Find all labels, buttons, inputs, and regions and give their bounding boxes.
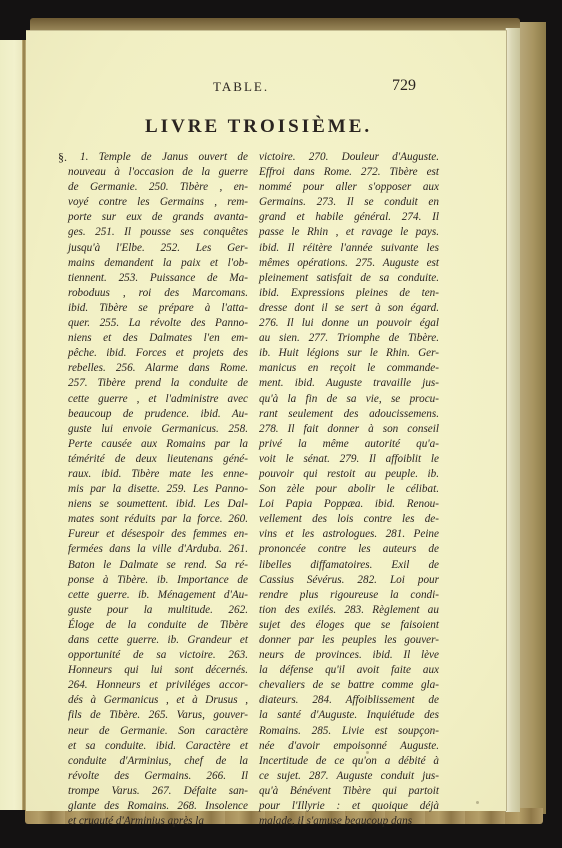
text-line: dés à Germanicus , et à Drusus , bbox=[68, 693, 248, 708]
running-title: TABLE. bbox=[213, 79, 269, 95]
text-line: neurs de provinces. ibid. Il lève bbox=[259, 648, 439, 663]
text-line: chevaliers de se battre comme gla- bbox=[259, 678, 439, 693]
text-line: guste lui envoie Germanicus. 258. bbox=[68, 422, 248, 437]
text-line: Loi Papia Poppæa. ibid. Renou- bbox=[259, 497, 439, 512]
text-line: privé la même autorité qu'a- bbox=[259, 437, 439, 452]
text-line: rant seulement des adoucissemens. bbox=[259, 407, 439, 422]
text-line: mates sont réduits par la force. 260. bbox=[68, 512, 248, 527]
text-line: ibid. Tibère se prépare à l'atta- bbox=[68, 301, 248, 316]
right-column: victoire. 270. Douleur d'Auguste.Effroi … bbox=[259, 150, 439, 829]
text-line: Baton le Dalmate se rend. Sa ré- bbox=[68, 558, 248, 573]
text-line: cette guerre. ib. Ménagement d'Au- bbox=[68, 588, 248, 603]
text-line: Honneurs qui lui sont décernés. bbox=[68, 663, 248, 678]
text-line: ce sujet. 287. Auguste conduit jus- bbox=[259, 769, 439, 784]
section-mark: §. bbox=[58, 150, 67, 165]
facing-page-sliver bbox=[0, 40, 24, 810]
text-line: porte sur eux de grands avanta- bbox=[68, 210, 248, 225]
text-line: neur de Germanie. Son caractère bbox=[68, 724, 248, 739]
text-line: Germains. 273. Il se conduit en bbox=[259, 195, 439, 210]
text-line: malade, il s'amuse beaucoup dans bbox=[259, 814, 439, 829]
text-line: pleinement satisfait de sa conduite. bbox=[259, 271, 439, 286]
page-stack-edge bbox=[505, 28, 520, 812]
paper-spot bbox=[476, 801, 479, 804]
text-line: tiennent. 253. Puissance de Ma- bbox=[68, 271, 248, 286]
text-line: mains demandent la paix et l'ob- bbox=[68, 256, 248, 271]
text-line: quer. 255. La révolte des Panno- bbox=[68, 316, 248, 331]
text-line: la santé d'Auguste. Inquiétude des bbox=[259, 708, 439, 723]
text-line: grand et habile général. 274. Il bbox=[259, 210, 439, 225]
text-line: au sien. 277. Triomphe de Tibère. bbox=[259, 331, 439, 346]
text-line: révolte des Germains. 266. Il bbox=[68, 769, 248, 784]
text-line: tion des exilés. 283. Règlement au bbox=[259, 603, 439, 618]
text-line: qu'à la fin de sa vie, se procu- bbox=[259, 392, 439, 407]
text-line: victoire. 270. Douleur d'Auguste. bbox=[259, 150, 439, 165]
text-line: jusqu'à l'Elbe. 252. Les Ger- bbox=[68, 241, 248, 256]
text-line: ibid. Expressions pleines de ten- bbox=[259, 286, 439, 301]
text-line: beaucoup de prudence. ibid. Au- bbox=[68, 407, 248, 422]
text-line: nommé pour aller s'opposer aux bbox=[259, 180, 439, 195]
text-line: qu'à Bénévent Tibère qui partoit bbox=[259, 784, 439, 799]
text-line: passe le Rhin , et ravage le pays. bbox=[259, 225, 439, 240]
text-line: mêmes opérations. 275. Auguste est bbox=[259, 256, 439, 271]
text-line: rebelles. 256. Alarme dans Rome. bbox=[68, 361, 248, 376]
text-line: ib. Huit légions sur le Rhin. Ger- bbox=[259, 346, 439, 361]
text-line: glante des Romains. 268. Insolence bbox=[68, 799, 248, 814]
text-line: prononcée contre les auteurs de bbox=[259, 542, 439, 557]
text-line: dresse dont il se sert à son égard. bbox=[259, 301, 439, 316]
text-line: roboduus , roi des Marcomans. bbox=[68, 286, 248, 301]
text-line: niens se soumettent. ibid. Les Dal- bbox=[68, 497, 248, 512]
text-line: fermées dans la ville d'Arduba. 261. bbox=[68, 542, 248, 557]
text-line: conduite d'Arminius, chef de la bbox=[68, 754, 248, 769]
text-line: niens et des Dalmates l'en em- bbox=[68, 331, 248, 346]
running-head: TABLE. 729 bbox=[0, 79, 562, 99]
text-line: sujet des éloges que se faisoient bbox=[259, 618, 439, 633]
text-line: diateurs. 284. Affoiblissement de bbox=[259, 693, 439, 708]
text-line: de Germanie. 250. Tibère , en- bbox=[68, 180, 248, 195]
text-line: ibid. Il réitère l'année suivante les bbox=[259, 241, 439, 256]
text-line: rendre plus rigoureuse la condi- bbox=[259, 588, 439, 603]
text-line: 1. Temple de Janus ouvert de bbox=[68, 150, 248, 165]
text-line: 278. Il fait donner à son conseil bbox=[259, 422, 439, 437]
text-line: Perte causée aux Romains par la bbox=[68, 437, 248, 452]
text-line: voit le sénat. 279. Il affoiblit le bbox=[259, 452, 439, 467]
text-line: ges. 251. Il pousse ses conquêtes bbox=[68, 225, 248, 240]
text-line: témérité de deux lieutenans géné- bbox=[68, 452, 248, 467]
text-line: Effroi dans Rome. 272. Tibère est bbox=[259, 165, 439, 180]
text-line: pouvoir qui restoit au peuple. ib. bbox=[259, 467, 439, 482]
text-line: 276. Il lui donne un pouvoir égal bbox=[259, 316, 439, 331]
left-column: 1. Temple de Janus ouvert denouveau à l'… bbox=[68, 150, 248, 829]
text-line: vins et les astrologues. 281. Peine bbox=[259, 527, 439, 542]
text-line: 257. Tibère prend la conduite de bbox=[68, 376, 248, 391]
text-line: manicus en reçoit le commande- bbox=[259, 361, 439, 376]
text-line: donner par les peuples les gouver- bbox=[259, 633, 439, 648]
text-line: fils de Tibère. 265. Varus, gouver- bbox=[68, 708, 248, 723]
page-number: 729 bbox=[392, 77, 416, 95]
text-line: cette guerre , et l'administre avec bbox=[68, 392, 248, 407]
text-line: et cruauté d'Arminius après la bbox=[68, 814, 248, 829]
text-line: pêche. ibid. Forces et projets des bbox=[68, 346, 248, 361]
text-line: libelles diffamatoires. Exil de bbox=[259, 558, 439, 573]
text-line: dans cette guerre. ib. Grandeur et bbox=[68, 633, 248, 648]
text-line: vellement des lois contre les de- bbox=[259, 512, 439, 527]
text-line: née d'avoir empoisonné Auguste. bbox=[259, 739, 439, 754]
text-line: Éloge de la conduite de Tibère bbox=[68, 618, 248, 633]
text-line: Romains. 285. Livie est soupçon- bbox=[259, 724, 439, 739]
book-cover-right-edge bbox=[520, 22, 546, 814]
text-line: Cassius Sévérus. 282. Loi pour bbox=[259, 573, 439, 588]
text-line: nouveau à l'occasion de la guerre bbox=[68, 165, 248, 180]
text-line: Fureur et désespoir des femmes en- bbox=[68, 527, 248, 542]
text-line: trompe Varus. 267. Défaite san- bbox=[68, 784, 248, 799]
text-line: opportunité de sa victoire. 263. bbox=[68, 648, 248, 663]
text-line: pour l'Illyrie : et quoique déjà bbox=[259, 799, 439, 814]
book-title: LIVRE TROISIÈME. bbox=[145, 116, 372, 138]
text-line: et sa conduite. ibid. Caractère et bbox=[68, 739, 248, 754]
text-line: Son zèle pour abolir le célibat. bbox=[259, 482, 439, 497]
text-line: mis par la disette. 259. Les Panno- bbox=[68, 482, 248, 497]
text-line: ponse à Tibère. ib. Importance de bbox=[68, 573, 248, 588]
text-line: voyé contre les Germains , rem- bbox=[68, 195, 248, 210]
text-line: la défense qu'il avoit faite aux bbox=[259, 663, 439, 678]
text-line: guste pour la multitude. 262. bbox=[68, 603, 248, 618]
text-line: 264. Honneurs et priviléges accor- bbox=[68, 678, 248, 693]
text-line: raux. ibid. Tibère mate les enne- bbox=[68, 467, 248, 482]
text-line: Incertitude de ce qu'on a débité à bbox=[259, 754, 439, 769]
text-line: ment. ibid. Auguste travaille jus- bbox=[259, 376, 439, 391]
